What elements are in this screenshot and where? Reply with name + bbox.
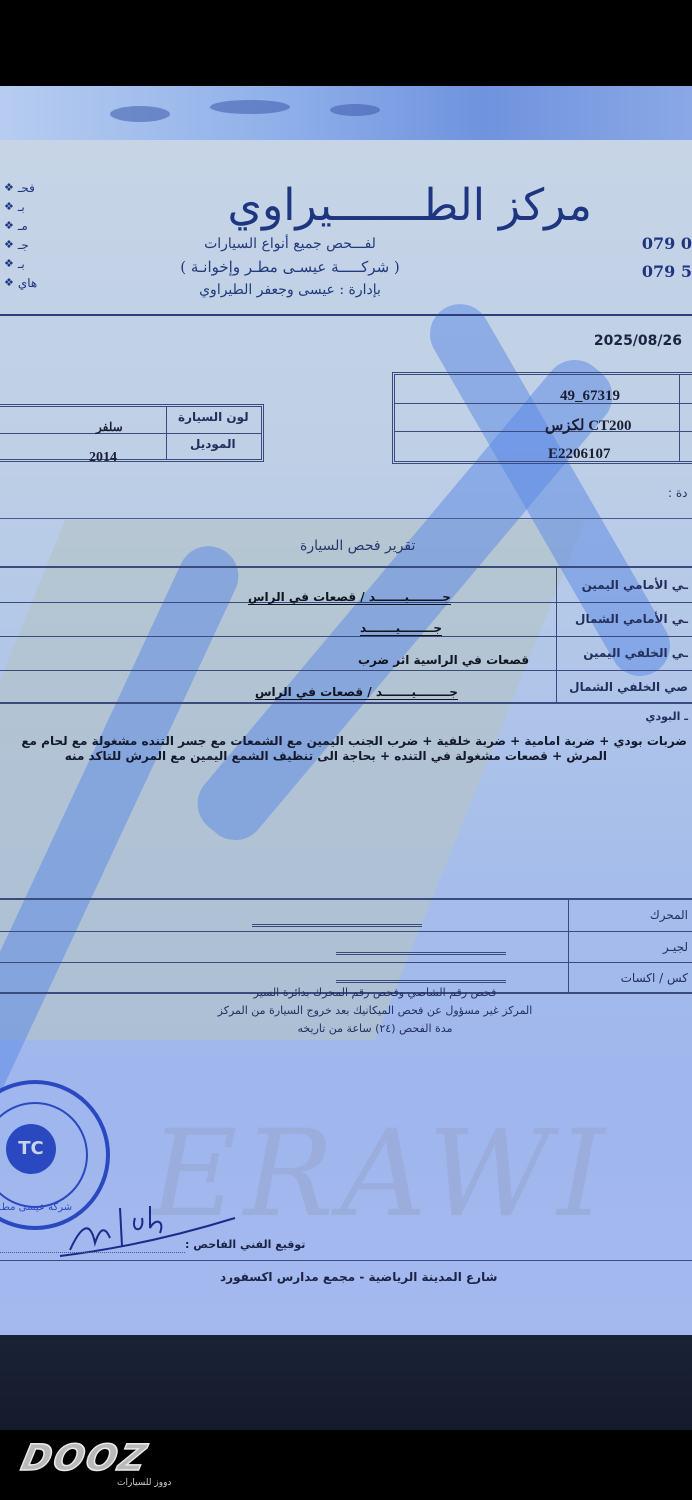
chassis-row-label: ـي الأمامي الشمال <box>575 612 688 626</box>
service-item: ❖هاي <box>4 273 44 292</box>
mechanical-row-label: لجيـر <box>663 940 688 954</box>
service-item: ❖فحـ <box>4 178 44 197</box>
mechanical-row-label: كس / اكسات <box>621 971 688 985</box>
signature-label: توقيع الفني الفاحص : <box>185 1238 305 1251</box>
stamp-logo-icon: TC <box>6 1124 56 1174</box>
mechanical-row-value <box>336 952 506 955</box>
dark-background <box>0 1335 692 1430</box>
inspection-document: ERAWI ❖فحـ ❖بـ ❖مـ ❖جـ ❖بـ ❖هاي مركز الط… <box>0 140 692 1335</box>
dooz-logo-icon: DOOZ <box>18 1438 152 1479</box>
plate-number: 49_67319 <box>560 388 620 405</box>
report-title: تقرير فحص السيارة <box>300 538 415 554</box>
chassis-row-value: قصعات في الراسية اثر ضرب <box>358 653 529 667</box>
phone-number: 079 0 <box>642 234 692 262</box>
diamond-bullet-icon: ❖ <box>4 219 14 232</box>
chassis-row-label: صي الخلفي الشمال <box>569 680 688 694</box>
diamond-bullet-icon: ❖ <box>4 276 14 289</box>
company-address: شارع المدينة الرياضية - مجمع مدارس اكسفو… <box>220 1270 497 1284</box>
chassis-row-value: جــــــــيـــــــد / قصعات في الراس <box>248 590 451 605</box>
mechanical-row-value <box>336 980 506 983</box>
chassis-row-value: جــــــــيـــــــد / قصعات في الراس <box>255 685 458 700</box>
service-item: ❖بـ <box>4 197 44 216</box>
model-year-value: 2014 <box>89 450 117 466</box>
color-label: لون السيارة <box>178 410 249 424</box>
diamond-bullet-icon: ❖ <box>4 181 14 194</box>
extra-label: دة : <box>668 486 688 500</box>
make-model: CT200 لكزس <box>545 416 632 435</box>
company-owner: ( شركـــــة عيسـى مطـر وإخوانـة ) <box>150 258 430 276</box>
service-item: ❖بـ <box>4 254 44 273</box>
service-item: ❖جـ <box>4 235 44 254</box>
color-value: سلفر <box>96 420 123 435</box>
brand-tagline: دووز للسيارات <box>117 1478 171 1488</box>
phone-numbers: 079 0 079 5 <box>642 234 692 290</box>
model-year-label: الموديل <box>190 437 236 451</box>
diamond-bullet-icon: ❖ <box>4 238 14 251</box>
footer-notes: فحص رقم الشاصي وفحص رقم المحرك بدائرة ال… <box>150 984 600 1038</box>
inspection-date: 2025/08/26 <box>594 333 682 349</box>
diamond-bullet-icon: ❖ <box>4 257 14 270</box>
chassis-number: E2206107 <box>548 446 611 463</box>
phone-number: 079 5 <box>642 262 692 290</box>
diamond-bullet-icon: ❖ <box>4 200 14 213</box>
vehicle-id-table <box>392 372 692 464</box>
background-strip <box>0 86 692 146</box>
mechanical-row-label: المحرك <box>650 908 688 922</box>
body-label: ـ البودي <box>645 710 688 723</box>
footer-divider <box>0 1260 692 1261</box>
body-notes: ضربات بودي + ضربة امامية + ضربة خلفية + … <box>21 734 607 764</box>
company-title: مركز الطـــــــيراوي <box>228 180 592 231</box>
section-divider <box>0 518 692 519</box>
company-management: بإدارة : عيسى وجعفر الطيراوي <box>150 282 430 298</box>
chassis-row-label: ـي الخلفي اليمين <box>583 646 688 660</box>
company-subtitle: لفـــحص جميع أنواع السيارات <box>150 236 430 252</box>
chassis-row-label: ـي الأمامي اليمين <box>582 578 688 592</box>
top-black-band <box>0 0 692 86</box>
header-divider <box>0 314 692 316</box>
chassis-row-value: جــــــــيـــــــد <box>360 621 442 636</box>
dooz-watermark-logo: DOOZ دووز للسيارات <box>22 1438 147 1479</box>
mechanical-row-value <box>252 924 422 927</box>
services-list: ❖فحـ ❖بـ ❖مـ ❖جـ ❖بـ ❖هاي <box>4 178 44 292</box>
service-item: ❖مـ <box>4 216 44 235</box>
